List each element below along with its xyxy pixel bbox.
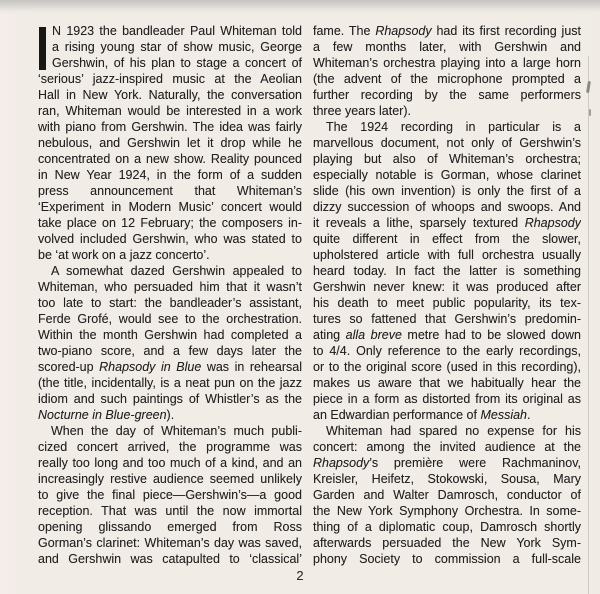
text-line: Rhapsody’s première were Rachmaninov, [313, 455, 581, 471]
scan-shadow-top [0, 0, 600, 14]
text-line: Within the month Gershwin had completed … [38, 327, 302, 343]
text-line: volved included Gershwin, who was stated… [38, 231, 302, 247]
text-line: take place on 12 February; the composers… [38, 215, 302, 231]
drop-cap-I: I [39, 27, 46, 70]
text-line: slide (his own invention) is only the fi… [313, 183, 581, 199]
text-line: concert: among the invited audience at t… [313, 439, 581, 455]
text-line: afterwards persuaded the New York Sym- [313, 535, 581, 551]
text-line: phony Society to commission a full-scale [313, 551, 581, 567]
text-line: upholstered article with full orchestra … [313, 247, 581, 263]
text-line: piece in a form as distorted from its or… [313, 391, 581, 407]
text-line: thing of a diplomatic coup, Damrosch sho… [313, 519, 581, 535]
text-line: Gershwin, of his plan to stage a concert… [38, 55, 302, 71]
text-line: Gorman’s clarinet: Whiteman’s day was sa… [38, 535, 302, 551]
text-line: the New York Symphony Orchestra. In some… [313, 503, 581, 519]
text-line: Garden and Walter Damrosch, conductor of [313, 487, 581, 503]
right-column: fame. The Rhapsody had its first recordi… [313, 23, 581, 567]
text-line: marvellous document, not only of Gershwi… [313, 135, 581, 151]
text-line: (the advent of the microphone prompted a [313, 71, 581, 87]
text-line: to give the final piece—Gershwin’s—a goo… [38, 487, 302, 503]
text-line: concentrated on a new show. Reality poun… [38, 151, 302, 167]
text-line: too late to start: the bandleader’s assi… [38, 295, 302, 311]
text-line: in New Year 1924, in the form of a sudde… [38, 167, 302, 183]
text-line: Whiteman had spared no expense for his [313, 423, 581, 439]
text-line: N 1923 the bandleader Paul Whiteman told [38, 23, 302, 39]
text-line: it reveals a lithe, sparsely textured Rh… [313, 215, 581, 231]
page-number: 2 [0, 568, 600, 584]
text-line: or to the original score (used in this r… [313, 359, 581, 375]
text-line: Ferde Grofé, would see to the orchestrat… [38, 311, 302, 327]
text-line: especially notable is Gorman, whose clar… [313, 167, 581, 183]
text-line: cized concert arrived, the programme was [38, 439, 302, 455]
text-line: A somewhat dazed Gershwin appealed to [38, 263, 302, 279]
scan-artifact [586, 81, 591, 93]
text-line: a few months later, with Gershwin and [313, 39, 581, 55]
text-line: fame. The Rhapsody had its first recordi… [313, 23, 581, 39]
text-line: The 1924 recording in particular is a [313, 119, 581, 135]
text-line: ‘serious’ jazz-inspired music at the Aeo… [38, 71, 302, 87]
text-line: quite different in effect from the slowe… [313, 231, 581, 247]
text-line: playing but also of Whiteman’s orchestra… [313, 151, 581, 167]
text-line: Hall in New York. Naturally, the convers… [38, 87, 302, 103]
text-line: increasingly restive audience seemed unl… [38, 471, 302, 487]
text-line: heard today. In fact the latter is somet… [313, 263, 581, 279]
text-line: press announcement that Whiteman’s [38, 183, 302, 199]
text-line: a rising young star of show music, Georg… [38, 39, 302, 55]
text-line: reception. That was until the now immort… [38, 503, 302, 519]
text-line: Whiteman’s orchestra playing into a larg… [313, 55, 581, 71]
text-line: nebulous, and Gershwin let it drop while… [38, 135, 302, 151]
text-line: Nocturne in Blue-green). [38, 407, 302, 423]
booklet-page: I N 1923 the bandleader Paul Whiteman to… [0, 0, 600, 594]
text-line: his death to meet public popularity, its… [313, 295, 581, 311]
scan-artifact [589, 109, 591, 116]
left-column: I N 1923 the bandleader Paul Whiteman to… [38, 23, 302, 567]
text-line: ating alla breve metre had to be slowed … [313, 327, 581, 343]
text-line: opening glissando emerged from Ross [38, 519, 302, 535]
text-line: and Gershwin was catapulted to ‘classica… [38, 551, 302, 567]
text-line: Gershwin never knew: it was produced aft… [313, 279, 581, 295]
text-line: ran, Whiteman would be interested in a w… [38, 103, 302, 119]
text-line: be ‘at work on a jazz concerto’. [38, 247, 302, 263]
text-line: (the title, incidentally, is a neat pun … [38, 375, 302, 391]
page-edge-shadow [588, 56, 589, 594]
text-line: ‘Experiment in Modern Music’ concert wou… [38, 199, 302, 215]
text-line: Kreisler, Heifetz, Stokowski, Sousa, Mar… [313, 471, 581, 487]
text-line: tures so fattened that Gershwin’s predom… [313, 311, 581, 327]
text-line: Whiteman, who persuaded him that it wasn… [38, 279, 302, 295]
text-line: scored-up Rhapsody in Blue was in rehear… [38, 359, 302, 375]
text-line: an Edwardian performance of Messiah. [313, 407, 581, 423]
text-line: to 4/4. Only reference to the early reco… [313, 343, 581, 359]
text-line: three years later). [313, 103, 581, 119]
text-line: idiom and such paintings of Whistler’s a… [38, 391, 302, 407]
text-line: makes us aware that we habitually hear t… [313, 375, 581, 391]
text-line: two-piano score, and a few days later th… [38, 343, 302, 359]
text-line: dizzy succession of whoops and swoops. A… [313, 199, 581, 215]
text-line: further recording by the same performers [313, 87, 581, 103]
text-line: When the day of Whiteman’s much publi- [38, 423, 302, 439]
text-line: with piano from Gershwin. The idea was f… [38, 119, 302, 135]
text-line: really too long and too much of a kind, … [38, 455, 302, 471]
